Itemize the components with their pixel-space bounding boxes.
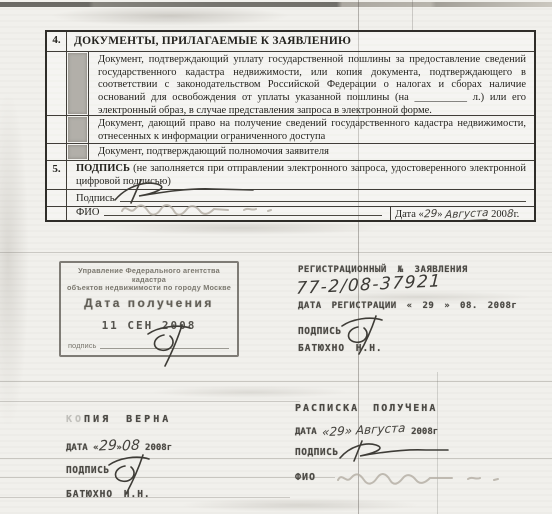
signature-section-title: ПОДПИСЬ bbox=[76, 163, 130, 174]
registrar-name: БАТЮХНО Н.Н. bbox=[298, 343, 383, 354]
receipt-handwritten-date: «29» Августа bbox=[322, 421, 406, 439]
document-row-1: Документ, подтверждающий уплату государс… bbox=[47, 51, 534, 115]
document-description: Документ, подтверждающий полномочия заяв… bbox=[89, 144, 534, 160]
document-row-3: Документ, подтверждающий полномочия заяв… bbox=[47, 143, 534, 160]
copy-title-rest: ПИЯ ВЕРНА bbox=[84, 414, 171, 425]
row-number-empty bbox=[47, 207, 67, 220]
checkbox-shading bbox=[68, 145, 87, 159]
date-year-printed: 200 bbox=[491, 209, 507, 220]
copy-title-faded-part: КО bbox=[66, 414, 84, 425]
checkbox-shading bbox=[68, 53, 87, 114]
signature-registrar-stamp bbox=[140, 320, 202, 368]
registration-date-line: ДАТА РЕГИСТРАЦИИ « 29 » 08. 2008г bbox=[298, 301, 517, 311]
checkbox-cell bbox=[67, 144, 89, 160]
row-number: 5. bbox=[47, 161, 67, 189]
receipt-year: 2008г bbox=[411, 427, 438, 437]
receipt-date-label: ДАТА bbox=[295, 427, 317, 437]
stamp-org-line2: объектов недвижимости по городу Москве bbox=[61, 284, 237, 293]
date-cell: Дата «29» Августа 2008г. bbox=[390, 207, 534, 220]
fio-label: ФИО bbox=[76, 207, 99, 220]
handwritten-name-faded bbox=[118, 201, 298, 217]
handwritten-month: Августа bbox=[445, 207, 489, 220]
row-4-header: 4. ДОКУМЕНТЫ, ПРИЛАГАЕМЫЕ К ЗАЯВЛЕНИЮ bbox=[47, 32, 534, 51]
receipt-fio-label: ФИО bbox=[295, 472, 316, 483]
registration-date-label: ДАТА РЕГИСТРАЦИИ bbox=[298, 301, 397, 311]
section-title: ДОКУМЕНТЫ, ПРИЛАГАЕМЫЕ К ЗАЯВЛЕНИЮ bbox=[67, 32, 534, 51]
copy-date-label: ДАТА bbox=[66, 443, 88, 453]
date-quote-close: » bbox=[437, 209, 442, 220]
document-description: Документ, подтверждающий уплату государс… bbox=[89, 52, 534, 115]
ruled-line bbox=[0, 381, 552, 382]
handwritten-day: 29 bbox=[424, 208, 438, 220]
scan-top-edge bbox=[0, 2, 552, 7]
stamp-org-line1: Управление Федерального агентства кадаст… bbox=[61, 267, 237, 284]
receipt-date-line: ДАТА «29» Августа 2008г bbox=[295, 423, 438, 437]
stamp-sign-label: подпись bbox=[68, 341, 96, 350]
checkbox-shading bbox=[68, 117, 87, 142]
stamp-org-name: Управление Федерального агентства кадаст… bbox=[61, 267, 237, 293]
document-row-2: Документ, дающий право на получение свед… bbox=[47, 115, 534, 143]
row-number-empty bbox=[47, 190, 67, 206]
vertical-crease-short bbox=[412, 0, 413, 30]
row-number-empty bbox=[47, 116, 67, 143]
row-number: 4. bbox=[47, 32, 67, 51]
receipt-title: РАСПИСКА ПОЛУЧЕНА bbox=[295, 403, 437, 414]
row-number-empty bbox=[47, 144, 67, 160]
document-description: Документ, дающий право на получение свед… bbox=[89, 116, 534, 143]
receipt-handwritten-name-faded bbox=[334, 468, 524, 488]
ruled-line bbox=[0, 401, 300, 402]
row-number-empty bbox=[47, 52, 67, 115]
scanned-application-form: 4. ДОКУМЕНТЫ, ПРИЛАГАЕМЫЕ К ЗАЯВЛЕНИЮ До… bbox=[0, 0, 552, 514]
signature-copy-certify bbox=[104, 450, 160, 494]
checkbox-cell bbox=[67, 116, 89, 143]
ruled-line bbox=[0, 458, 552, 459]
copy-correct-title: КОПИЯ ВЕРНА bbox=[66, 414, 171, 425]
date-prefix: Дата « bbox=[395, 209, 424, 220]
registration-sign-label: ПОДПИСЬ bbox=[298, 326, 342, 337]
ruled-line bbox=[0, 252, 552, 253]
signature-receipt bbox=[332, 438, 454, 466]
copy-certifier-name: БАТЮХНО Н.Н. bbox=[66, 489, 151, 500]
checkbox-cell bbox=[67, 52, 89, 115]
registration-date-value: « 29 » 08. 2008г bbox=[407, 301, 518, 311]
ruled-line bbox=[0, 477, 335, 478]
date-suffix: г. bbox=[514, 209, 520, 220]
stamp-title: Дата получения bbox=[61, 296, 237, 310]
registration-number-handwritten: 77-2/08-37921 bbox=[296, 271, 443, 299]
copy-sign-label: ПОДПИСЬ bbox=[66, 465, 110, 476]
handwritten-year-digit: 8 bbox=[507, 208, 514, 220]
